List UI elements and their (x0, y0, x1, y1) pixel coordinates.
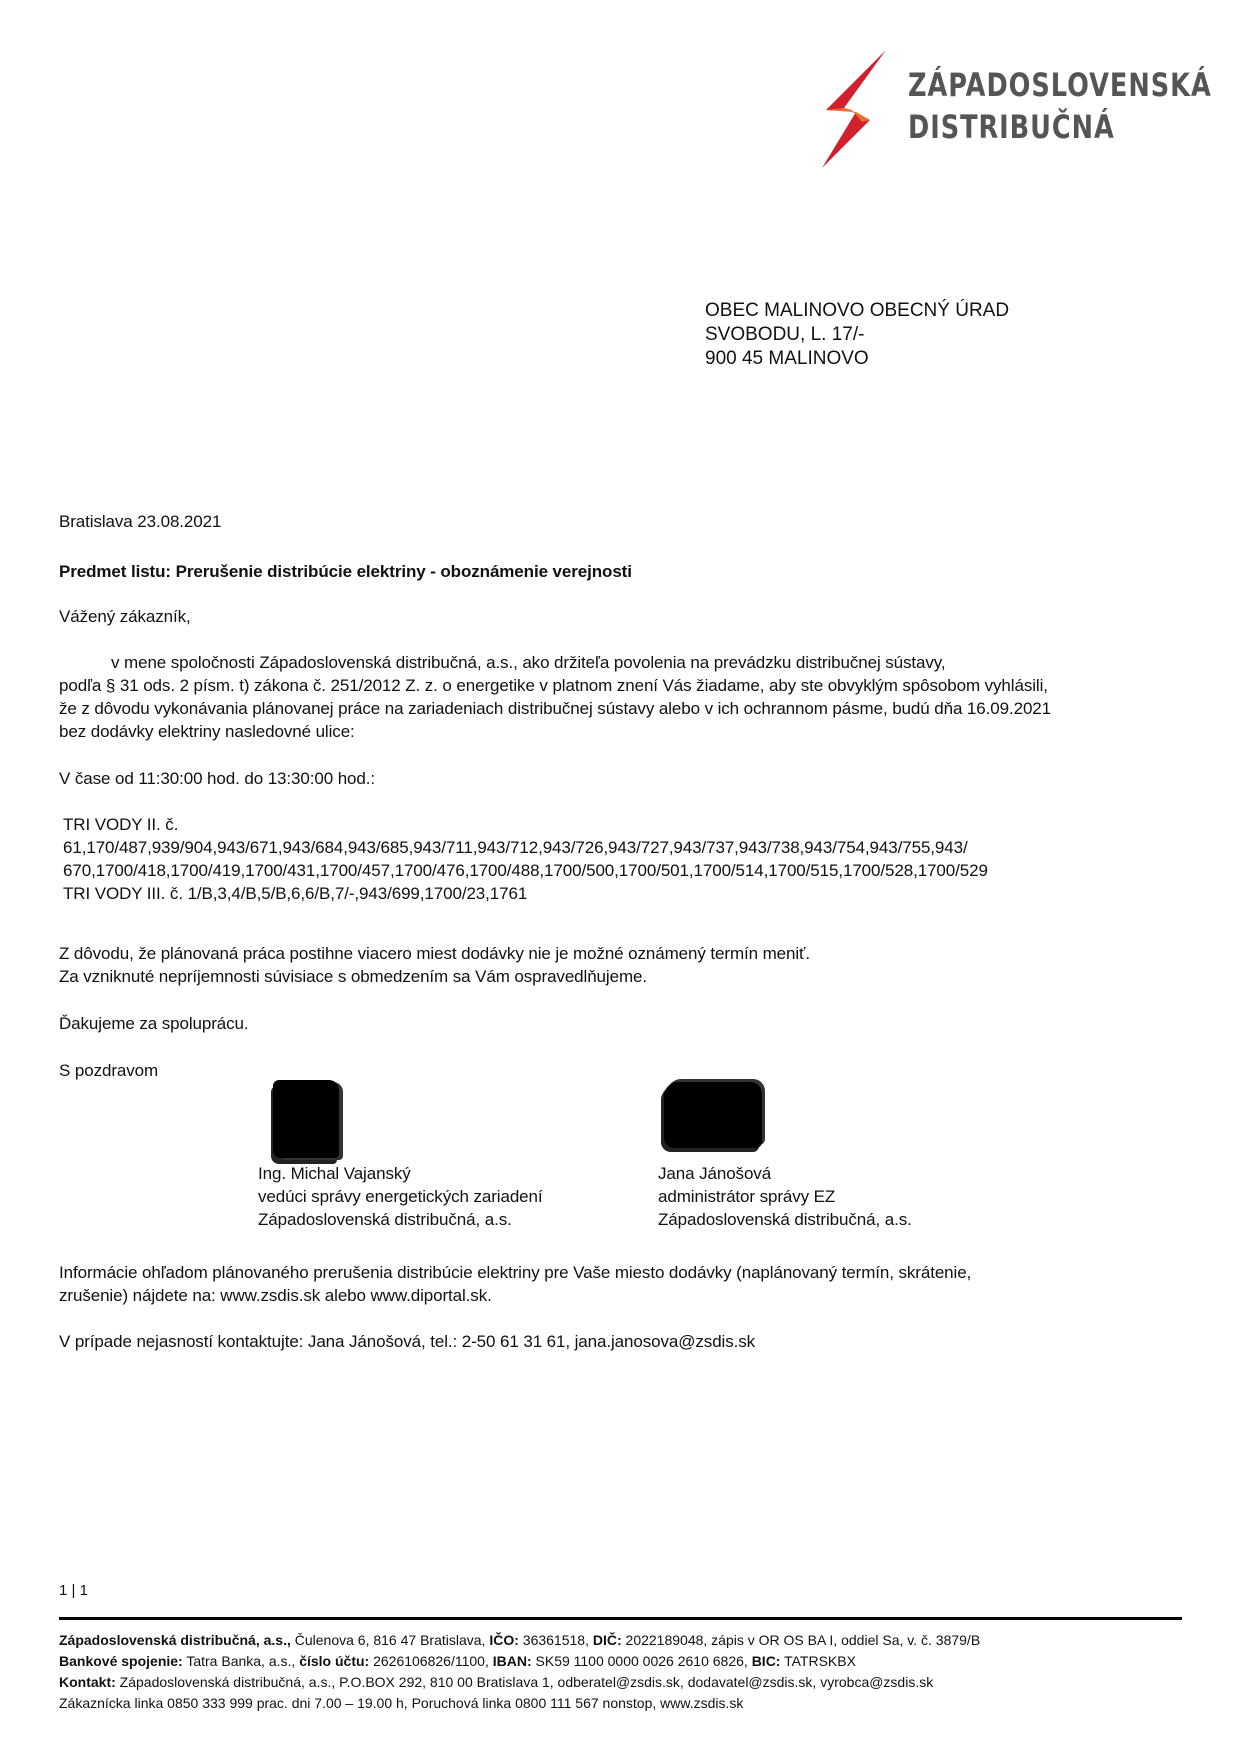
contact-line: V prípade nejasností kontaktujte: Jana J… (59, 1330, 755, 1353)
footer-bank-label: Bankové spojenie: (59, 1653, 183, 1669)
subject-line: Predmet listu: Prerušenie distribúcie el… (59, 560, 632, 583)
footer-company-name: Západoslovenská distribučná, a.s., (59, 1632, 291, 1648)
signatory-2: Jana Jánošová administrátor správy EZ Zá… (658, 1162, 912, 1231)
lightning-bolt-icon (822, 50, 898, 168)
signatory-title: administrátor správy EZ (658, 1185, 912, 1208)
footer-bic: TATRSKBX (780, 1653, 855, 1669)
footer-hotline-line: Zákaznícka linka 0850 333 999 prac. dni … (59, 1693, 980, 1714)
page-number: 1 | 1 (59, 1582, 88, 1599)
closing-paragraph: Z dôvodu, že plánovaná práca postihne vi… (59, 942, 810, 988)
body-line: podľa § 31 ods. 2 písm. t) zákona č. 251… (59, 674, 1051, 697)
footer-contact: Západoslovenská distribučná, a.s., P.O.B… (116, 1674, 933, 1690)
body-line: bez dodávky elektriny nasledovné ulice: (59, 720, 1051, 743)
signatory-company: Západoslovenská distribučná, a.s. (258, 1208, 543, 1231)
redacted-signature-2 (664, 1082, 762, 1148)
footer-iban-label: IBAN: (493, 1653, 532, 1669)
footer-bank-line: Bankové spojenie: Tatra Banka, a.s., čís… (59, 1651, 980, 1672)
street-line: TRI VODY III. č. 1/B,3,4/B,5/B,6,6/B,7/-… (63, 882, 988, 905)
logo-line-2: DISTRIBUČNÁ (908, 106, 1212, 148)
outage-time-range: V čase od 11:30:00 hod. do 13:30:00 hod.… (59, 767, 375, 790)
company-logo: ZÁPADOSLOVENSKÁ DISTRIBUČNÁ (822, 50, 1182, 168)
info-line: zrušenie) nájdete na: www.zsdis.sk alebo… (59, 1284, 971, 1307)
regards-line: S pozdravom (59, 1059, 158, 1082)
signatory-name: Jana Jánošová (658, 1162, 912, 1185)
footer: Západoslovenská distribučná, a.s., Čulen… (59, 1630, 980, 1714)
date-line: Bratislava 23.08.2021 (59, 510, 221, 533)
street-line: 61,170/487,939/904,943/671,943/684,943/6… (63, 836, 988, 859)
recipient-line-2: SVOBODU, L. 17/- (705, 323, 1009, 347)
street-line: 670,1700/418,1700/419,1700/431,1700/457,… (63, 859, 988, 882)
footer-account-label: číslo účtu: (299, 1653, 369, 1669)
logo-wordmark: ZÁPADOSLOVENSKÁ DISTRIBUČNÁ (908, 64, 1212, 148)
body-line: v mene spoločnosti Západoslovenská distr… (59, 651, 1051, 674)
thanks-line: Ďakujeme za spoluprácu. (59, 1012, 249, 1035)
recipient-line-3: 900 45 MALINOVO (705, 347, 1009, 371)
body-line: že z dôvodu vykonávania plánovanej práce… (59, 697, 1051, 720)
signatory-title: vedúci správy energetických zariadení (258, 1185, 543, 1208)
footer-contact-label: Kontakt: (59, 1674, 116, 1690)
signatory-1: Ing. Michal Vajanský vedúci správy energ… (258, 1162, 543, 1231)
footer-bank: Tatra Banka, a.s., (183, 1653, 299, 1669)
footer-contact-line: Kontakt: Západoslovenská distribučná, a.… (59, 1672, 980, 1693)
footer-bic-label: BIC: (752, 1653, 781, 1669)
street-line: TRI VODY II. č. (63, 813, 988, 836)
signatory-company: Západoslovenská distribučná, a.s. (658, 1208, 912, 1231)
body-paragraph: v mene spoločnosti Západoslovenská distr… (59, 651, 1051, 743)
closing-line: Za vzniknuté nepríjemnosti súvisiace s o… (59, 965, 810, 988)
footer-account: 2626106826/1100, (369, 1653, 493, 1669)
logo-line-1: ZÁPADOSLOVENSKÁ (908, 64, 1212, 106)
footer-company-line: Západoslovenská distribučná, a.s., Čulen… (59, 1630, 980, 1651)
footer-dic: 2022189048, zápis v OR OS BA I, oddiel S… (622, 1632, 981, 1648)
footer-divider (59, 1617, 1182, 1620)
salutation: Vážený zákazník, (59, 605, 191, 628)
affected-streets: TRI VODY II. č. 61,170/487,939/904,943/6… (63, 813, 988, 905)
info-line: Informácie ohľadom plánovaného prerušeni… (59, 1261, 971, 1284)
recipient-line-1: OBEC MALINOVO OBECNÝ ÚRAD (705, 299, 1009, 323)
info-paragraph: Informácie ohľadom plánovaného prerušeni… (59, 1261, 971, 1307)
signatory-name: Ing. Michal Vajanský (258, 1162, 543, 1185)
recipient-address: OBEC MALINOVO OBECNÝ ÚRAD SVOBODU, L. 17… (705, 299, 1009, 371)
footer-dic-label: DIČ: (593, 1632, 622, 1648)
footer-ico-label: IČO: (489, 1632, 519, 1648)
footer-address: Čulenova 6, 816 47 Bratislava, (291, 1632, 489, 1648)
redacted-signature-1 (273, 1080, 339, 1158)
footer-iban: SK59 1100 0000 0026 2610 6826, (532, 1653, 752, 1669)
closing-line: Z dôvodu, že plánovaná práca postihne vi… (59, 942, 810, 965)
footer-ico: 36361518, (519, 1632, 593, 1648)
